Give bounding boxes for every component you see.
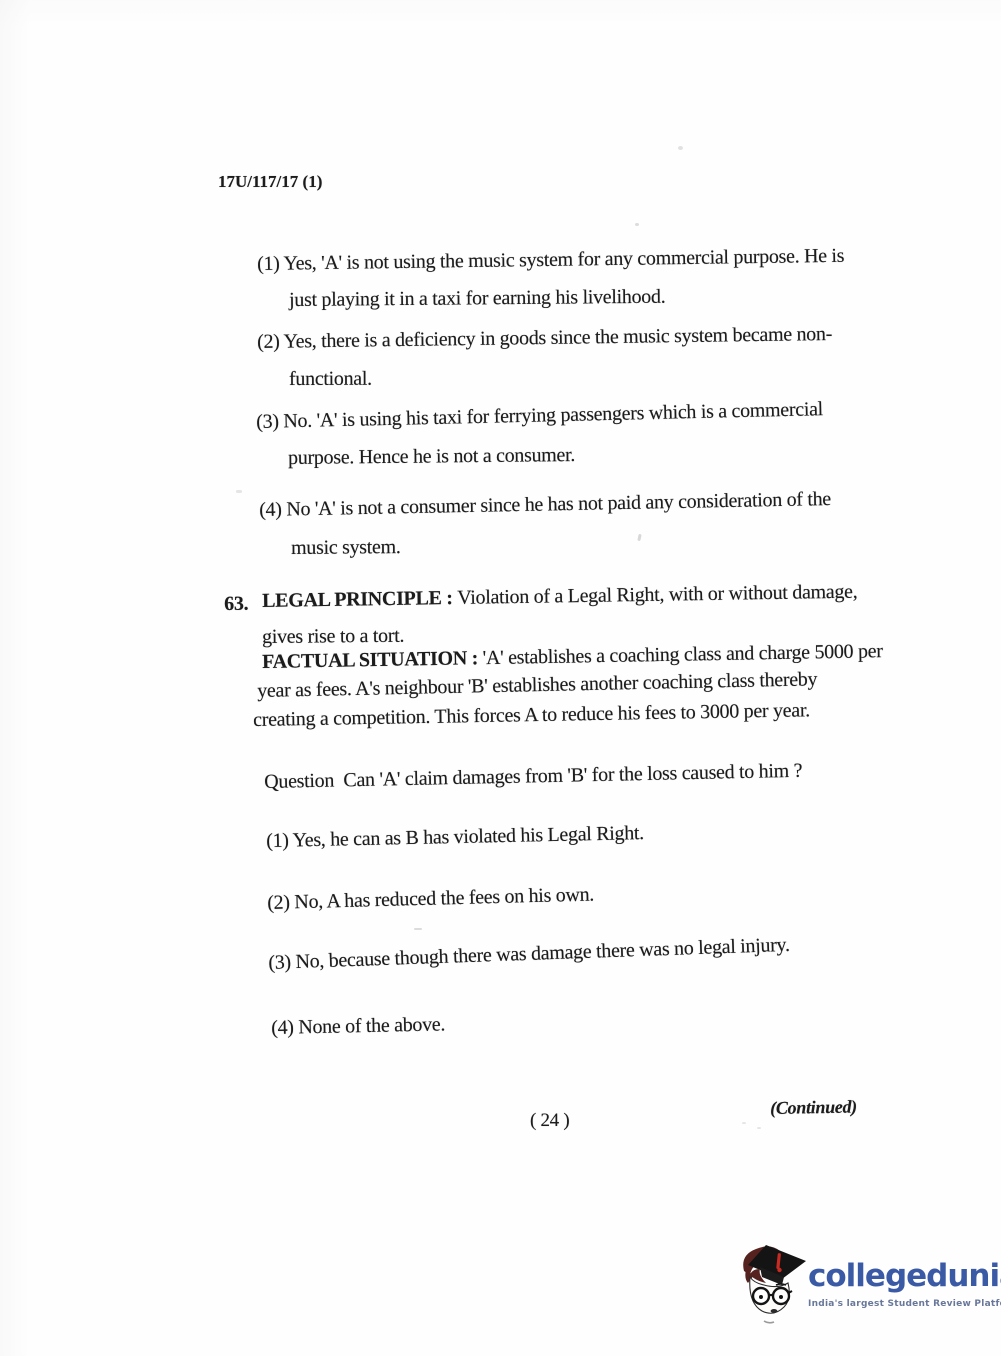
question-63-legal-principle-line-2: gives rise to a tort.: [262, 625, 404, 649]
legal-principle-label: LEGAL PRINCIPLE :: [262, 587, 458, 612]
prev-q-option-3-line-2: purpose. Hence he is not a consumer.: [288, 444, 575, 470]
prev-q-option-4-line-2: music system.: [291, 536, 401, 560]
question-63-option-2: (2) No, A has reduced the fees on his ow…: [267, 883, 594, 915]
prev-q-option-3-line-1: (3) No. 'A' is using his taxi for ferryi…: [256, 398, 823, 434]
question-63-factual-line-3: creating a competition. This forces A to…: [253, 699, 810, 732]
logo-text-block: collegedunia .com India's largest Studen…: [808, 1241, 1001, 1309]
question-63-factual-line-2: year as fees. A's neighbour 'B' establis…: [257, 668, 817, 703]
scanned-exam-page: 17U/117/17 (1) (1) Yes, 'A' is not using…: [0, 0, 1001, 1356]
scan-speck: [637, 534, 641, 541]
prev-q-option-2-line-1: (2) Yes, there is a deficiency in goods …: [257, 323, 832, 354]
page-number: ( 24 ): [530, 1110, 569, 1132]
factual-situation-label: FACTUAL SITUATION :: [262, 647, 483, 673]
question-63-legal-principle-line-1: LEGAL PRINCIPLE : Violation of a Legal R…: [262, 581, 858, 613]
legal-principle-text: Violation of a Legal Right, with or with…: [457, 581, 857, 609]
prev-q-option-2-line-2: functional.: [289, 368, 372, 391]
factual-situation-text: 'A' establishes a coaching class and cha…: [482, 640, 882, 669]
question-63-question-line: Question Can 'A' claim damages from 'B' …: [264, 760, 802, 794]
paper-code: 17U/117/17 (1): [218, 172, 322, 192]
question-63-option-1: (1) Yes, he can as B has violated his Le…: [266, 822, 644, 853]
prev-q-option-1-line-1: (1) Yes, 'A' is not using the music syst…: [257, 245, 844, 276]
collegedunia-logo: collegedunia .com India's largest Studen…: [736, 1241, 996, 1329]
collegedunia-wordmark: collegedunia: [808, 1261, 1001, 1292]
scan-speck: [678, 146, 683, 150]
scan-speck: [635, 223, 639, 226]
question-63-number: 63.: [224, 593, 248, 616]
question-63-option-4: (4) None of the above.: [271, 1013, 445, 1040]
collegedunia-mascot-icon: [736, 1241, 806, 1325]
prev-q-option-4-line-1: (4) No 'A' is not a consumer since he ha…: [259, 488, 831, 522]
scan-speck: [757, 1127, 761, 1129]
scan-speck: [414, 928, 422, 930]
question-63-option-3: (3) No, because though there was damage …: [268, 934, 790, 975]
collegedunia-tagline: India's largest Student Review Platform: [808, 1299, 1001, 1309]
scan-layer: 17U/117/17 (1) (1) Yes, 'A' is not using…: [0, 0, 1001, 1356]
continued-note: (Continued): [770, 1096, 857, 1119]
scan-speck: [742, 1122, 746, 1124]
scan-speck: [236, 490, 242, 493]
prev-q-option-1-line-2: just playing it in a taxi for earning hi…: [289, 286, 665, 312]
